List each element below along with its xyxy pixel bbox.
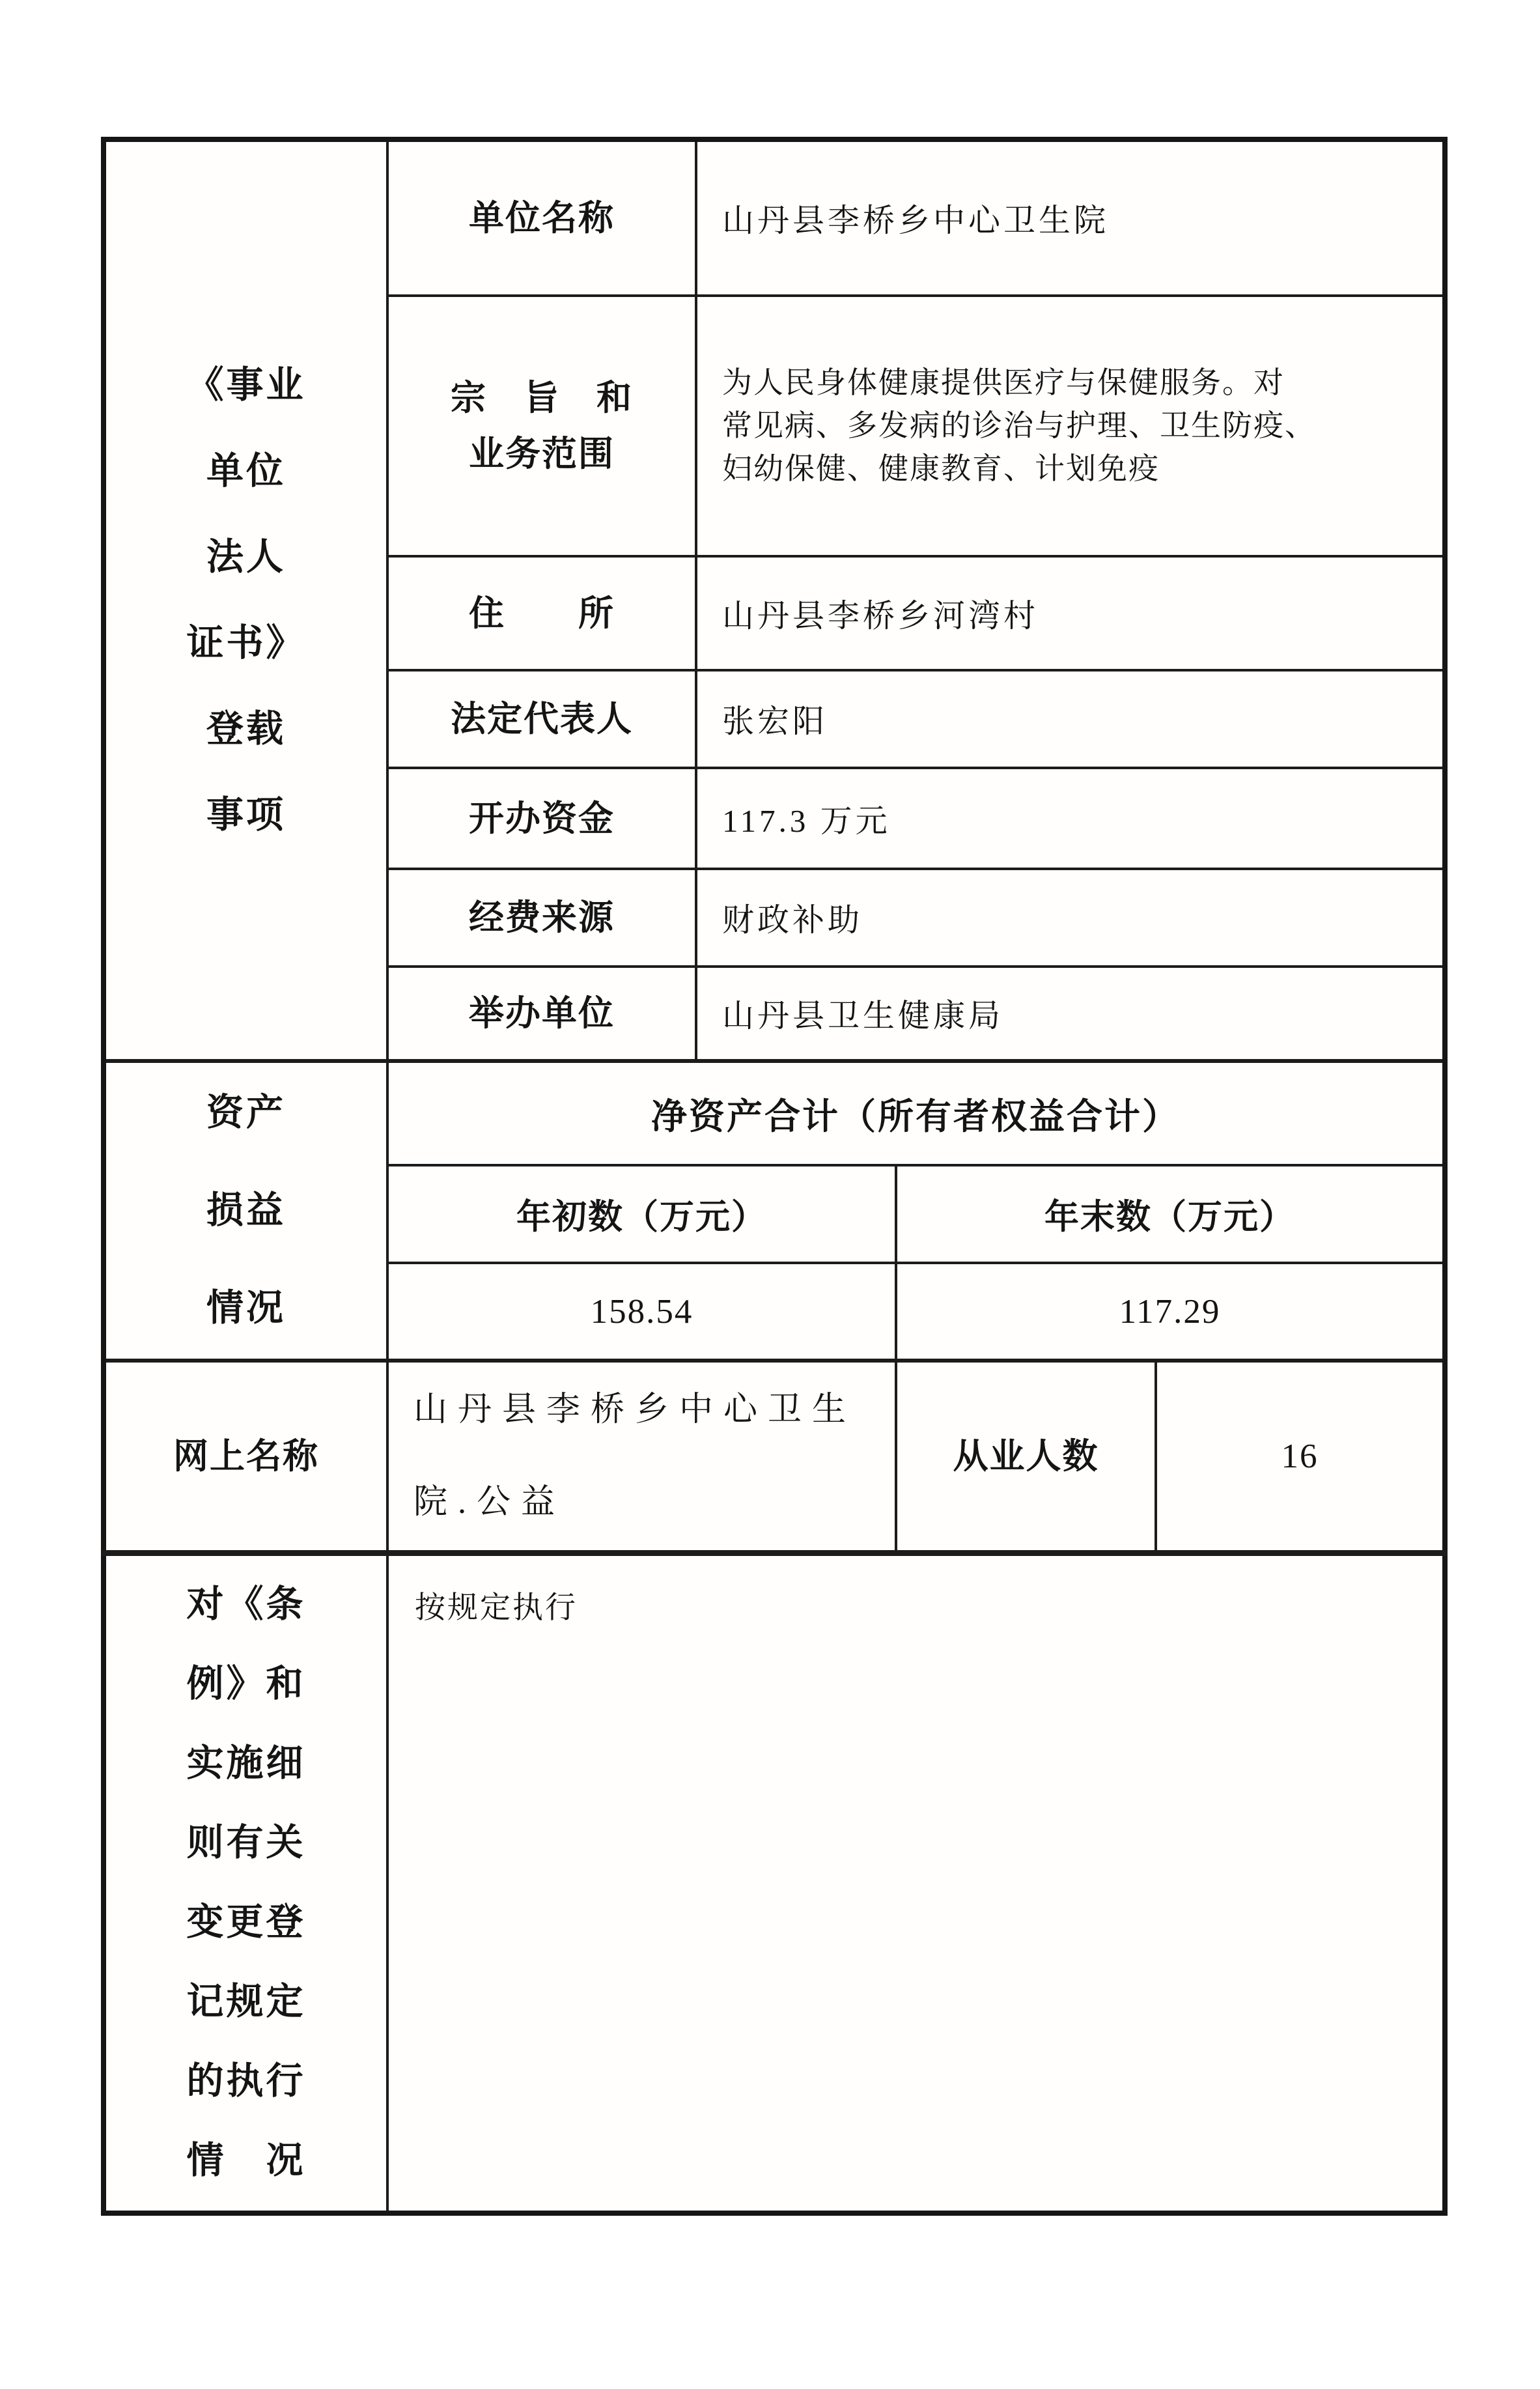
value-year-end: 117.29 <box>896 1263 1445 1361</box>
side-label-certificate: 《事业 单位 法人 证书》 登载 事项 <box>104 139 387 1061</box>
label-unit-name: 单位名称 <box>387 139 696 296</box>
label-online-name: 网上名称 <box>104 1361 387 1553</box>
header-net-assets: 净资产合计（所有者权益合计） <box>387 1061 1445 1165</box>
side-label-compliance: 对《条 例》和 实施细 则有关 变更登 记规定 的执行 情 况 <box>104 1553 387 2213</box>
label-address: 住 所 <box>387 556 696 670</box>
value-compliance: 按规定执行 <box>387 1553 1445 2213</box>
label-funding-source: 经费来源 <box>387 869 696 967</box>
value-unit-name: 山丹县李桥乡中心卫生院 <box>696 139 1445 296</box>
label-year-begin: 年初数（万元） <box>387 1165 896 1263</box>
label-year-end: 年末数（万元） <box>896 1165 1445 1263</box>
value-staff-count: 16 <box>1156 1361 1445 1553</box>
value-online-name: 山丹县李桥乡中心卫生 院.公益 <box>387 1361 896 1553</box>
value-funding-source: 财政补助 <box>696 869 1445 967</box>
label-mission-scope: 宗 旨 和 业务范围 <box>387 296 696 556</box>
side-label-assets: 资产 损益 情况 <box>104 1061 387 1361</box>
value-founding-capital: 117.3 万元 <box>696 768 1445 869</box>
value-organizer: 山丹县卫生健康局 <box>696 967 1445 1061</box>
value-legal-representative: 张宏阳 <box>696 670 1445 768</box>
value-address: 山丹县李桥乡河湾村 <box>696 556 1445 670</box>
value-mission-scope: 为人民身体健康提供医疗与保健服务。对 常见病、多发病的诊治与护理、卫生防疫、 妇… <box>696 296 1445 556</box>
label-founding-capital: 开办资金 <box>387 768 696 869</box>
scanned-report-page: { "table": { "certificate": { "side_labe… <box>0 0 1540 2389</box>
report-sheet: 《事业 单位 法人 证书》 登载 事项 单位名称 山丹县李桥乡中心卫生院 宗 旨… <box>101 137 1448 2216</box>
value-year-begin: 158.54 <box>387 1263 896 1361</box>
annual-report-table: 《事业 单位 法人 证书》 登载 事项 单位名称 山丹县李桥乡中心卫生院 宗 旨… <box>101 137 1448 2216</box>
label-legal-representative: 法定代表人 <box>387 670 696 768</box>
label-staff-count: 从业人数 <box>896 1361 1156 1553</box>
label-organizer: 举办单位 <box>387 967 696 1061</box>
